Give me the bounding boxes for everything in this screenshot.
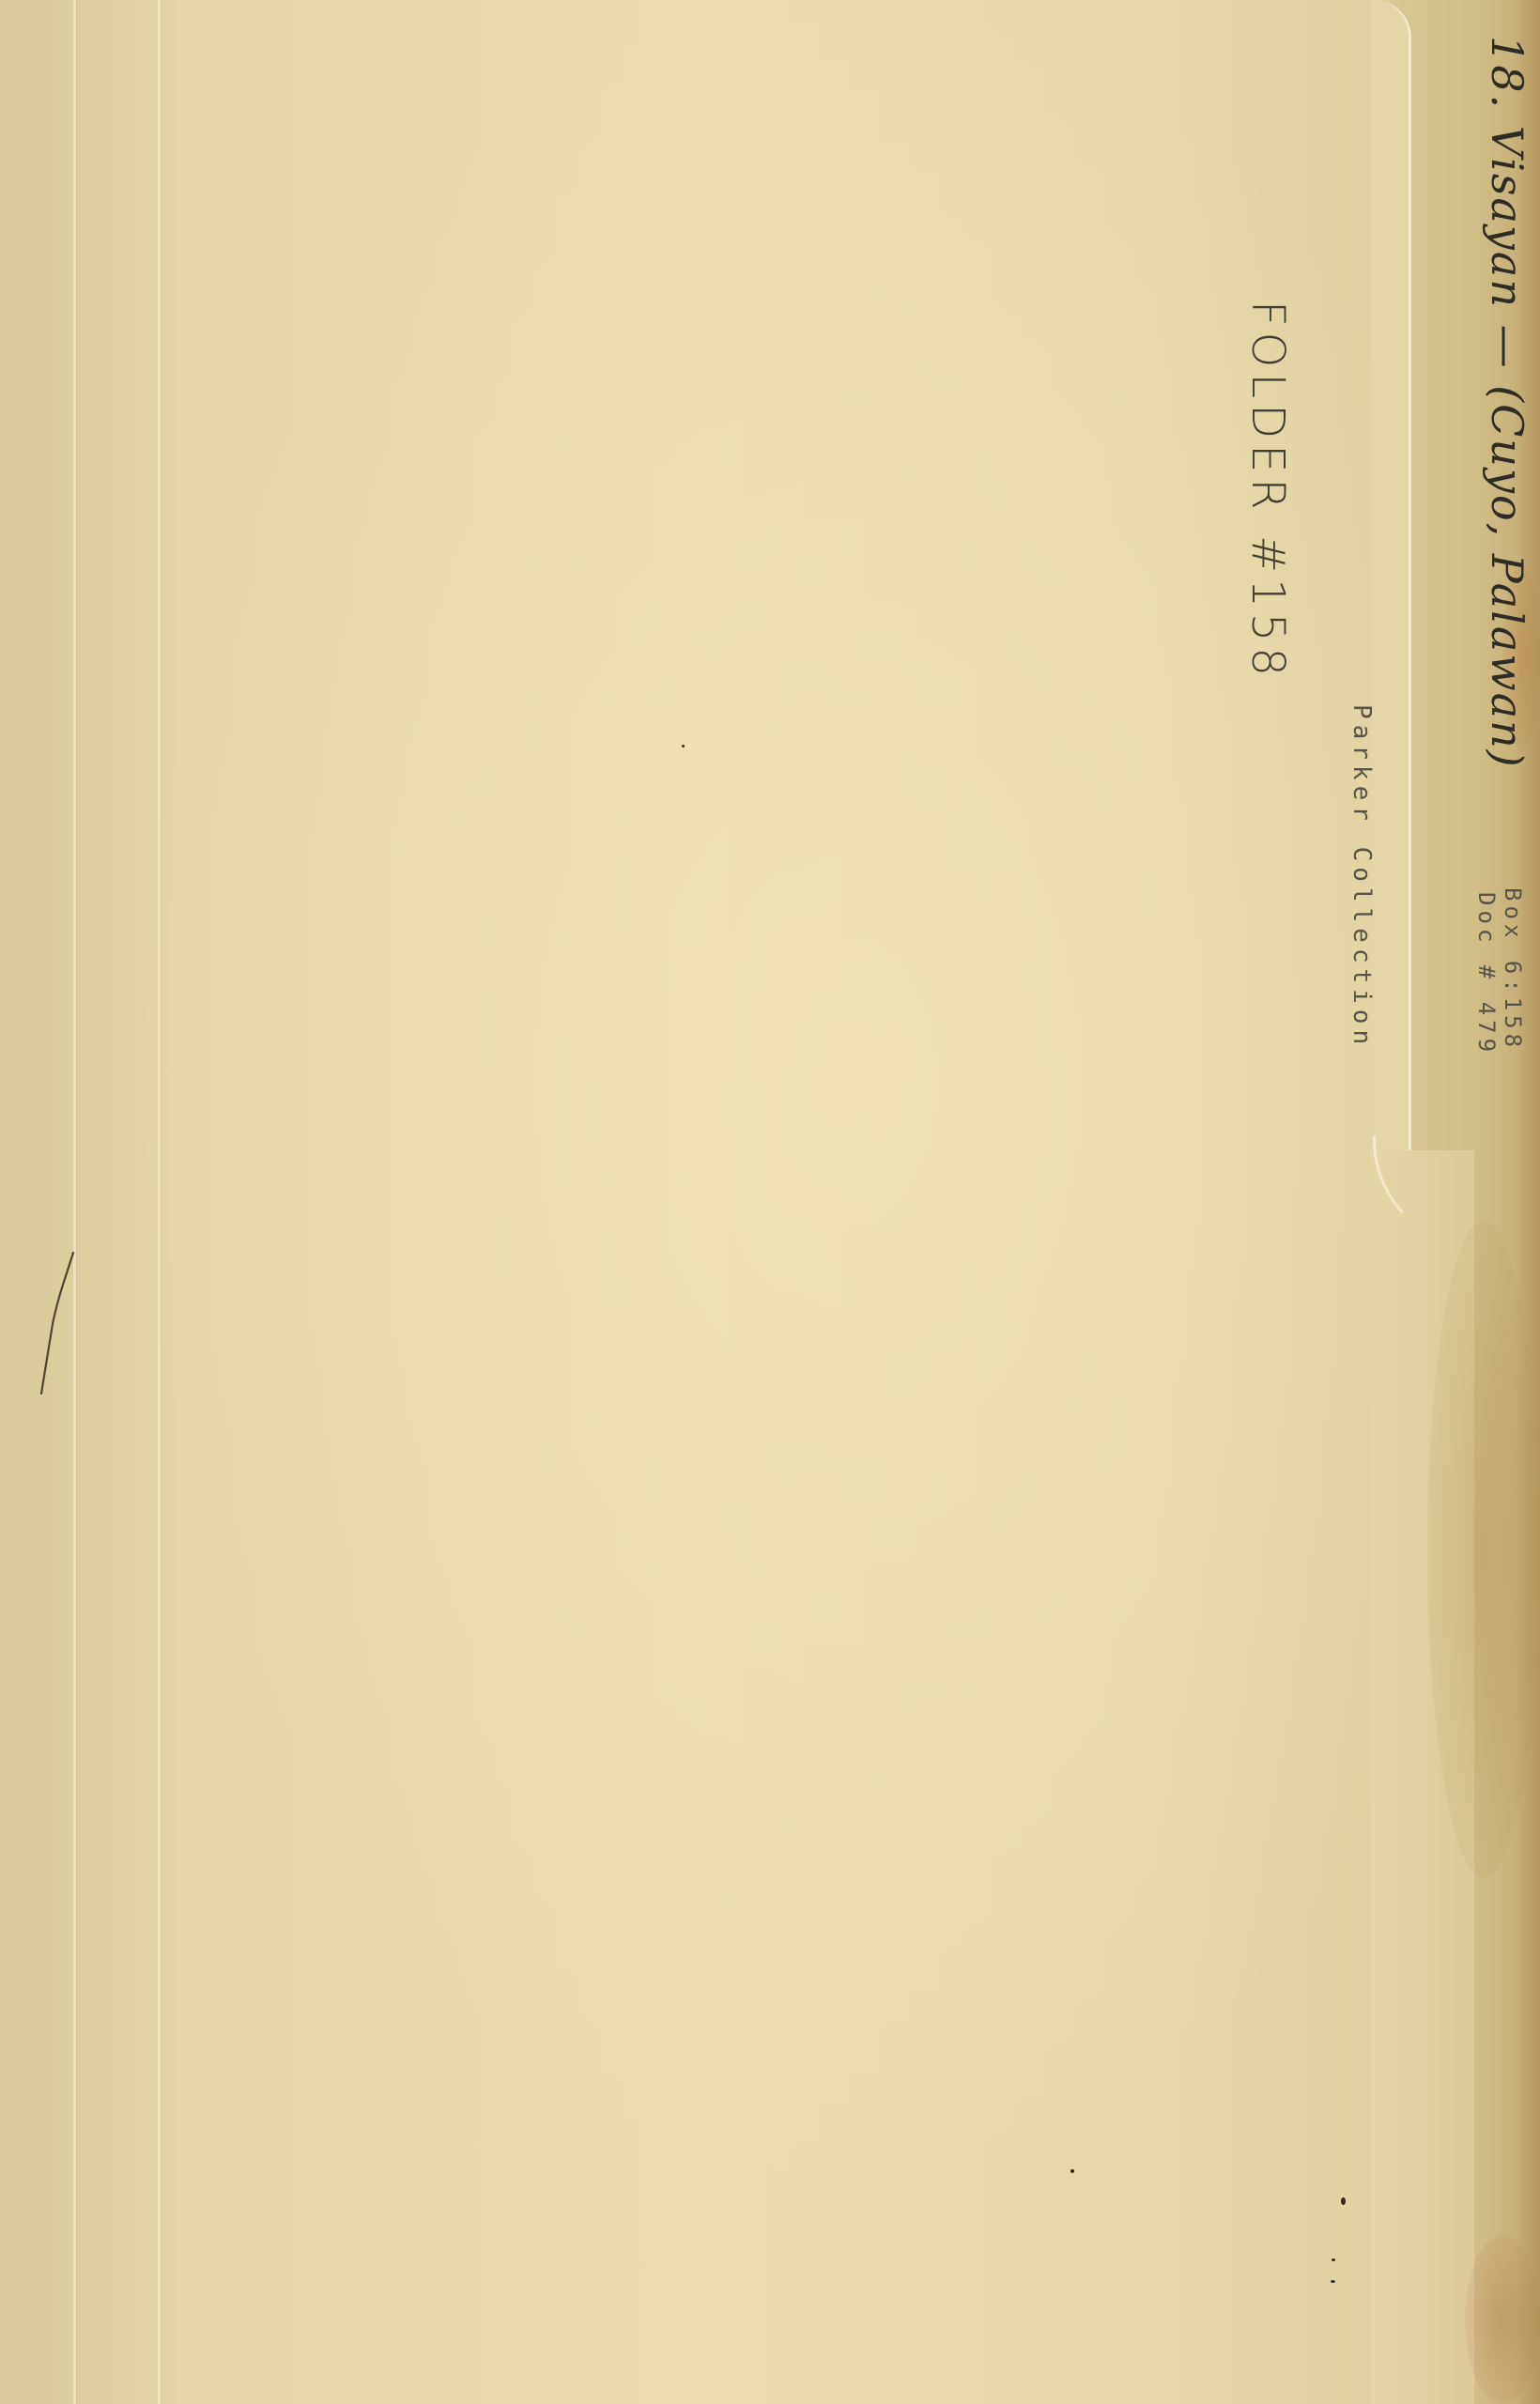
speck: [1341, 2197, 1346, 2205]
pencil-mark: [32, 1249, 79, 1399]
folder-number: FOLDER #158: [1241, 300, 1294, 682]
fold-line: [158, 0, 161, 2404]
box-reference: Box 6:158: [1500, 887, 1526, 1052]
folder-front: 18. Visayan — (Cuyo, Palawan) FOLDER #15…: [0, 0, 1540, 2404]
folder-tab-cut-edge: [1371, 0, 1411, 1155]
folder-front-lower: [1371, 1150, 1474, 2404]
doc-reference: Doc # 479: [1473, 892, 1500, 1056]
speck: [682, 745, 685, 747]
collection-label: Parker Collection: [1347, 704, 1376, 1050]
fold-line: [73, 0, 76, 2404]
speck: [1331, 2280, 1335, 2283]
speck: [1332, 2258, 1335, 2261]
speck: [1070, 2169, 1074, 2173]
tab-label: 18. Visayan — (Cuyo, Palawan): [1482, 36, 1532, 769]
